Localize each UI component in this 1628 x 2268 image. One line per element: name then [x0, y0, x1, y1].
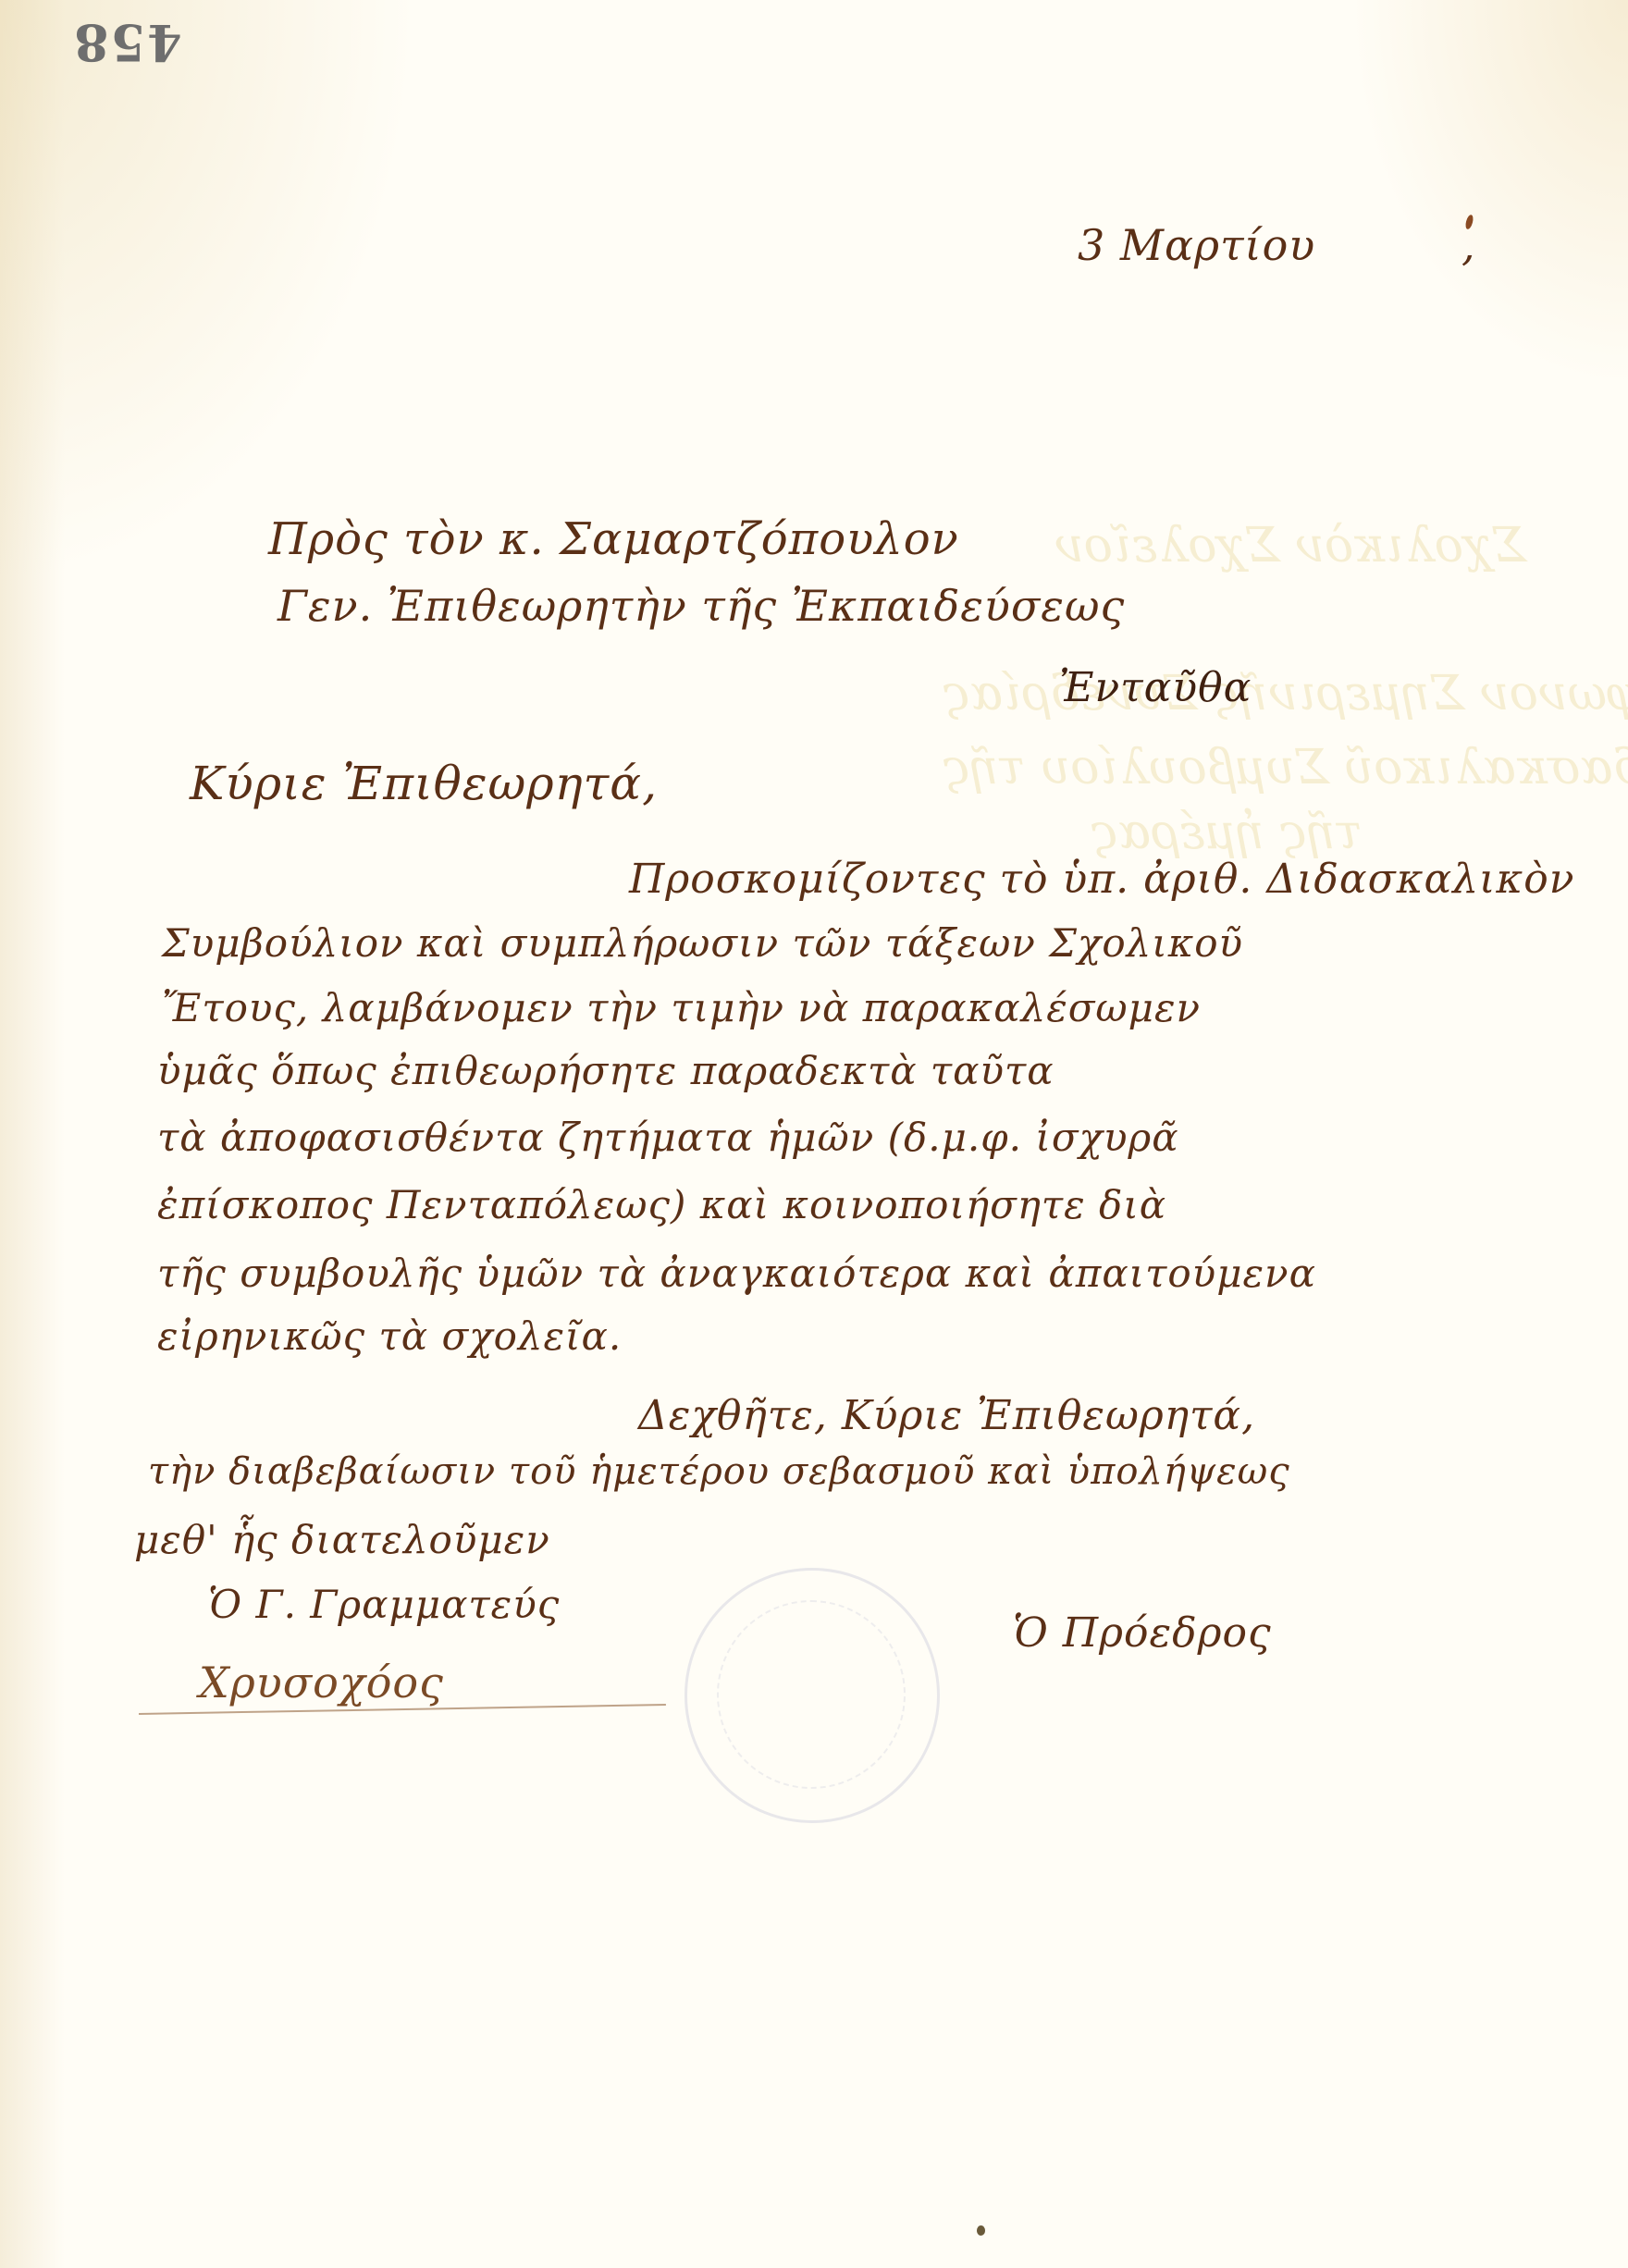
bleed-through-line: Σύμφωνον Σημερινῆς Συνεδρίας	[943, 666, 1628, 721]
body-line: τὰ ἀποφασισθέντα ζητήματα ἡμῶν (δ.μ.φ. ἰ…	[157, 1115, 1179, 1160]
bleed-through-line: Διδασκαλικοῦ Συμβουλίου τῆς	[943, 740, 1628, 795]
body-line: Συμβούλιον καὶ συμπλήρωσιν τῶν τάξεων Σχ…	[162, 920, 1243, 966]
closing-line: Δεχθῆτε, Κύριε Ἐπιθεωρητά,	[638, 1392, 1255, 1439]
secretary-title: Ὁ Γ. Γραμματεύς	[208, 1582, 560, 1627]
stamp-inner-ring-icon	[717, 1600, 906, 1789]
body-line: Προσκομίζοντες τὸ ὑπ. ἀριθ. Διδασκαλικὸν	[629, 856, 1574, 903]
secretary-signature: Χρυσοχόος	[199, 1658, 444, 1707]
closing-line: τὴν διαβεβαίωσιν τοῦ ἡμετέρου σεβασμοῦ κ…	[148, 1450, 1290, 1493]
folio-number: 458	[72, 13, 182, 72]
body-line: Ἔτους, λαμβάνομεν τὴν τιμὴν νὰ παρακαλέσ…	[162, 985, 1201, 1030]
document-page: 458 Σχολικὸν Σχολεῖον Σύμφωνον Σημερινῆς…	[0, 0, 1628, 2268]
body-line: τῆς συμβουλῆς ὑμῶν τὰ ἀναγκαιότερα καὶ ἀ…	[157, 1251, 1316, 1296]
addressee-line-3: Ἐνταῦθα	[1059, 664, 1252, 711]
bleed-through-line: τῆς ἡμέρας	[1091, 805, 1363, 860]
addressee-line-2: Γεν. Ἐπιθεωρητὴν τῆς Ἐκπαιδεύσεως	[277, 581, 1125, 631]
closing-line: μεθ' ἧς διατελοῦμεν	[134, 1517, 550, 1562]
ink-spot-icon	[977, 2225, 985, 2236]
addressee-line-1: Πρὸς τὸν κ. Σαμαρτζόπουλον	[268, 513, 959, 565]
president-title: Ὁ Πρόεδρος	[1013, 1609, 1272, 1657]
salutation: Κύριε Ἐπιθεωρητά,	[190, 757, 658, 810]
body-line: ὑμᾶς ὅπως ἐπιθεωρήσητε παραδεκτὰ ταῦτα	[157, 1048, 1054, 1093]
date-line: 3 Μαρτίου	[1078, 220, 1315, 270]
bleed-through-line: Σχολικὸν Σχολεῖον	[1054, 518, 1526, 573]
body-line: ἐπίσκοπος Πενταπόλεως) καὶ κοινοποιήσητε…	[157, 1182, 1166, 1227]
body-line: εἰρηνικῶς τὰ σχολεῖα.	[157, 1313, 622, 1359]
